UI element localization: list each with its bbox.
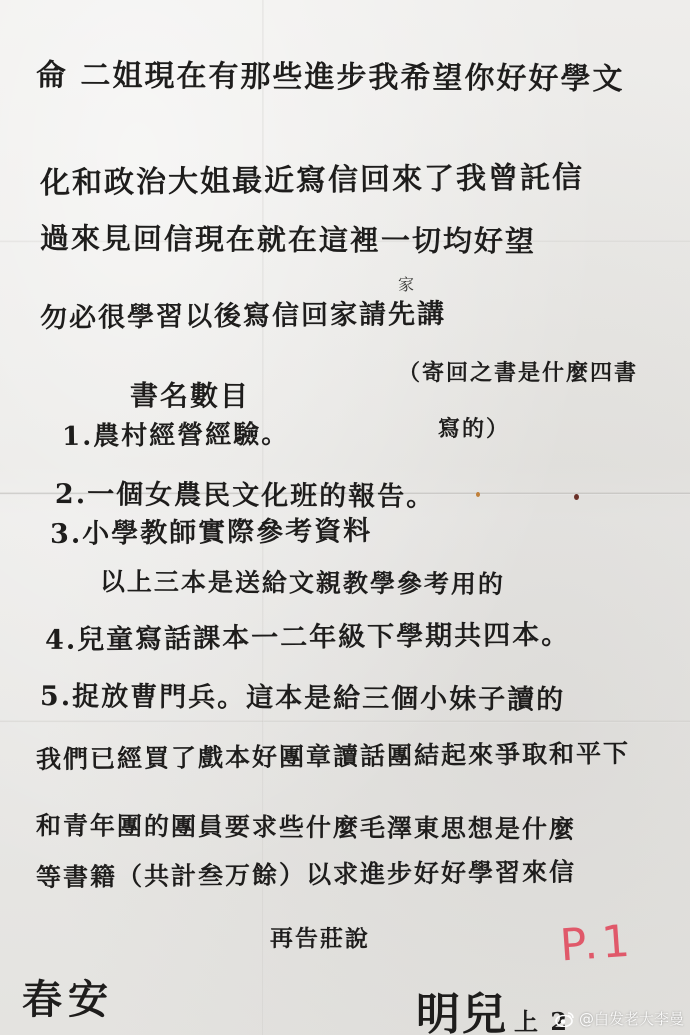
handwritten-line: 再告莊說 [270, 920, 370, 954]
rust-spot [574, 494, 579, 500]
watermark-text: @白发老大李曼 [579, 1008, 684, 1029]
red-page-number-mark: P.1 [558, 915, 635, 971]
handwritten-line: 過來見回信現在就在這裡一切均好望 [40, 216, 536, 260]
weibo-watermark: @白发老大李曼 [555, 1008, 684, 1029]
handwritten-line: 2.一個女農民文化班的報告。 [55, 472, 435, 514]
bracket-note-line-1: （寄回之書是什麼四書 [398, 356, 638, 387]
bracket-note-line-2: 寫的） [438, 412, 510, 443]
handwritten-line: 勿必很學習以後寫信回家請先講 [40, 292, 446, 335]
rust-spot [476, 492, 480, 497]
handwritten-line: 書名數目 [130, 374, 250, 415]
closing-salutation: 春安 [22, 968, 114, 1025]
paper-crease [0, 720, 690, 723]
signature: 明兒 [416, 978, 508, 1035]
handwritten-line: 4.兒童寫話課本一二年級下學期共四本。 [45, 613, 571, 657]
inserted-character: 家 [398, 272, 416, 295]
handwritten-line: 化和政治大姐最近寫信回來了我曾託信 [40, 152, 584, 202]
handwritten-line: 以上三本是送給文親教學參考用的 [100, 562, 505, 601]
handwritten-line: 5.捉放曹門兵。這本是給三個小妹子讀的 [40, 674, 565, 717]
handwritten-line: 1.農村經營經驗。 [62, 414, 290, 453]
weibo-icon [555, 1011, 575, 1027]
handwritten-line: 等書籍（共計叁万餘）以求進步好好學習來信 [36, 852, 576, 894]
handwritten-line: 和青年團的團員要求些什麼毛澤東思想是什麼 [36, 806, 576, 846]
letter-page: 侖 二姐現在有那些進步我希望你好好學文化和政治大姐最近寫信回來了我曾託信過來見回… [0, 0, 690, 1035]
handwritten-line: 侖 二姐現在有那些進步我希望你好好學文 [36, 50, 625, 98]
handwritten-line: 我們已經買了戲本好團章讀話團結起來爭取和平下 [36, 734, 630, 776]
handwritten-line: 3.小學教師實際參考資料 [50, 509, 373, 551]
